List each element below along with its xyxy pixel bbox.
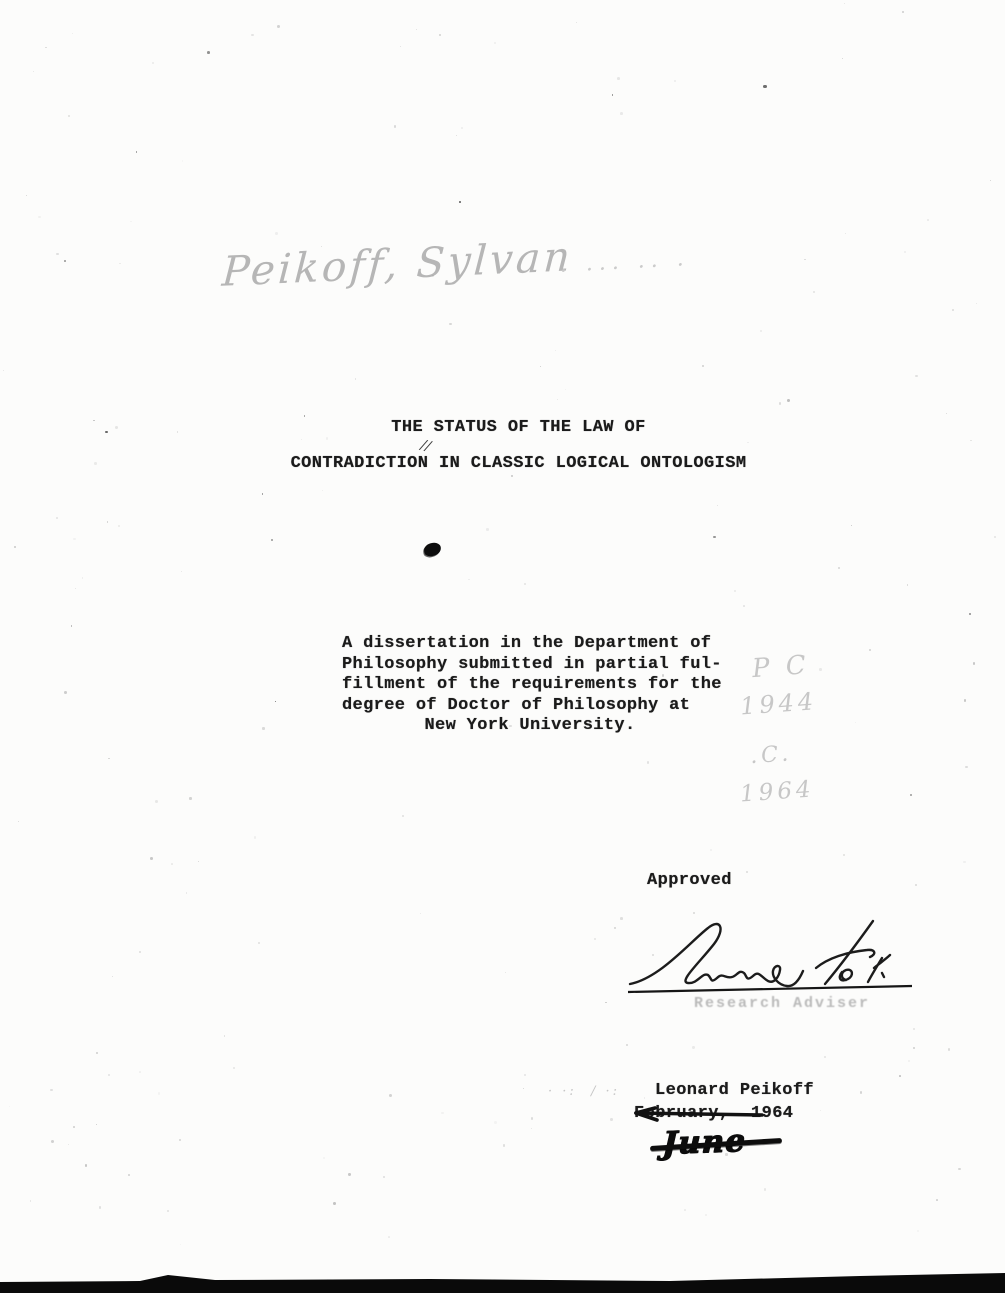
dissertation-statement: A dissertation in the Department of Phil… — [342, 634, 718, 737]
handwritten-owner-name: Peikoff, Sylvan — [221, 232, 575, 295]
scanner-edge-strip — [0, 1270, 1005, 1293]
title-line-1: THE STATUS OF THE LAW OF — [16, 418, 1005, 437]
statement-line: New York University. — [342, 716, 718, 737]
statement-line: A dissertation in the Department of — [342, 634, 718, 655]
pencil-line: 1944 — [739, 683, 871, 720]
title-block: THE STATUS OF THE LAW OF CONTRADICTION I… — [16, 418, 1005, 473]
signature-stroke — [840, 970, 852, 981]
pencil-line: .C. — [749, 736, 870, 769]
pencil-call-number: P C 1944 .C. 1964 — [740, 650, 870, 803]
handwritten-scribble: · ··· ·· · — [559, 253, 690, 285]
signature-stroke — [630, 924, 803, 986]
statement-line: Philosophy submitted in partial ful- — [342, 655, 718, 676]
author-name: Leonard Peikoff — [655, 1081, 814, 1100]
faint-pencil-marks: · ·: / ·: — [548, 1084, 620, 1099]
month-strikethrough — [624, 1106, 766, 1124]
signature-stroke — [882, 973, 884, 977]
pencil-line: 1964 — [739, 772, 870, 807]
signature-underline — [628, 986, 912, 992]
ink-blot — [423, 542, 442, 557]
approved-label: Approved — [647, 871, 732, 890]
title-line-2: CONTRADICTION IN CLASSIC LOGICAL ONTOLOG… — [16, 454, 1005, 473]
pencil-line: P C — [751, 646, 871, 684]
adviser-caption: Research Adviser — [694, 995, 870, 1012]
scanned-page: Peikoff, Sylvan · ··· ·· · THE STATUS OF… — [0, 0, 1005, 1293]
advisor-signature — [620, 916, 920, 1004]
statement-line: degree of Doctor of Philosophy at — [342, 696, 718, 717]
statement-line: fillment of the requirements for the — [342, 675, 718, 696]
signature-stroke — [868, 955, 890, 982]
